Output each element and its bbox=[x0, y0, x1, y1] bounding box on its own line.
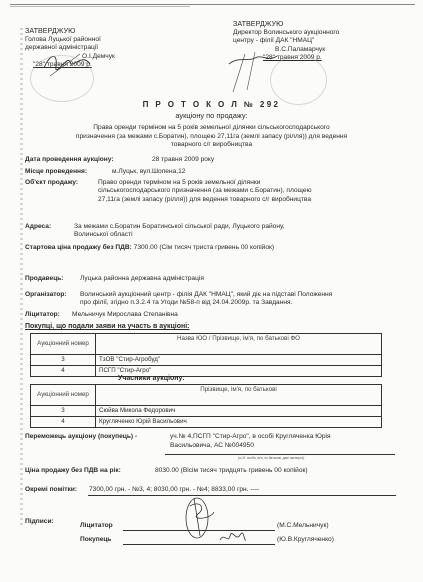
notes-value: 7300,00 грн. - №3, 4; 8030,00 грн. - №4;… bbox=[89, 486, 259, 494]
detail-object: Об'єкт продажу: bbox=[25, 179, 78, 187]
stamp-right-icon bbox=[270, 55, 327, 105]
detail-place-value: м.Луцьк, вул.Шопена,12 bbox=[112, 168, 185, 176]
winner-caption: (п.і.б. особи, ім'я, по батькові, дані п… bbox=[238, 456, 304, 460]
detail-start-price-value: 7300.00 (Сім тисяч триста гривень 00 коп… bbox=[134, 244, 274, 251]
detail-object-label: Об'єкт продажу: bbox=[25, 179, 78, 186]
participant-name: Кругляченко Юрій Васильович bbox=[96, 416, 382, 427]
detail-place-label: Місце проведення: bbox=[25, 168, 87, 175]
applicants-table: Аукціонний номер Назва ЮО / Прізвище, ім… bbox=[30, 333, 382, 377]
detail-date-value: 28 травня 2009 року bbox=[152, 156, 214, 164]
col-name: Назва ЮО / Прізвище, ім'я, по батькові Ф… bbox=[96, 334, 382, 355]
detail-date: Дата проведення аукціону: 28 травня 2009… bbox=[25, 156, 114, 164]
signature-name-auctioneer: (М.С.Мельничук) bbox=[277, 522, 329, 530]
detail-organizer: Організатор: bbox=[25, 291, 67, 299]
approval-right-title: ЗАТВЕРДЖУЮ bbox=[233, 20, 413, 29]
participant-number: 3 bbox=[31, 406, 96, 417]
signature-role-auctioneer: Ліцитатор bbox=[80, 522, 113, 530]
participants-heading: Учасники аукціону: bbox=[118, 375, 185, 384]
applicant-number: 3 bbox=[31, 355, 96, 366]
winner-line: Васильовича, АС №004950 bbox=[170, 442, 331, 451]
applicants-header-row: Аукціонний номер Назва ЮО / Прізвище, ім… bbox=[31, 334, 382, 355]
participant-number: 4 bbox=[31, 416, 96, 427]
notes-label: Окремі помітки: bbox=[25, 486, 77, 493]
signature-role-buyer: Покупець bbox=[80, 536, 112, 544]
protocol-subject-line: товарного с/г виробництва bbox=[30, 141, 393, 150]
stamp-left-icon bbox=[30, 55, 94, 102]
participant-name: Сюйва Микола Федорович bbox=[96, 406, 382, 417]
applicants-heading: Покупці, що подали заяви на участь в аук… bbox=[25, 323, 190, 332]
applicant-name: ТзОВ "Стир-Агробуд" bbox=[96, 355, 382, 366]
approval-right-line1: Директор Волинського аукціонного bbox=[233, 29, 413, 38]
final-price: Ціна продажу без ПДВ на рік: 8030.00 (Ві… bbox=[25, 467, 121, 475]
protocol-subject-line: Права оренди терміном на 5 років земельн… bbox=[30, 124, 393, 133]
table-row: 4 ПСГП "Стир-Агро" bbox=[31, 365, 382, 376]
detail-organizer-label: Організатор: bbox=[25, 291, 67, 298]
approval-left-line1: Голова Луцької районної bbox=[25, 36, 195, 45]
detail-auctioneer-label: Ліцитатор: bbox=[25, 311, 60, 318]
detail-address-value: За межами с.Боратин Боратинської сільськ… bbox=[74, 223, 284, 240]
final-price-value: 8030.00 (Вісім тисяч тридцять гривень 00… bbox=[155, 467, 308, 475]
detail-object-value: Право оренди терміном на 5 років земельн… bbox=[98, 179, 312, 204]
signature-auctioneer-icon bbox=[180, 492, 220, 542]
auction-protocol-page: ЗАТВЕРДЖУЮ Голова Луцької районної держа… bbox=[0, 0, 423, 582]
winner-line: уч.№ 4,ПСГП "Стир-Агро", в особі Кругляч… bbox=[170, 433, 331, 442]
detail-object-line: 27,11га (землі запасу (рілля)) для веден… bbox=[98, 196, 312, 204]
detail-address-line: Волинської області bbox=[74, 231, 284, 239]
detail-object-line: сільськогосподарського призначення (за м… bbox=[98, 187, 312, 195]
col-auction-number: Аукціонний номер bbox=[31, 334, 96, 355]
approval-left-title: ЗАТВЕРДЖУЮ bbox=[25, 27, 195, 36]
detail-place: Місце проведення: м.Луцьк, вул.Шопена,12 bbox=[25, 168, 87, 176]
approval-right-line2: центру - філії ДАК "НМАЦ" bbox=[233, 37, 413, 46]
detail-seller: Продавець: Луцька районна державна адмін… bbox=[25, 275, 64, 283]
detail-seller-label: Продавець: bbox=[25, 275, 64, 282]
signature-line-buyer bbox=[123, 544, 275, 545]
detail-date-label: Дата проведення аукціону: bbox=[25, 156, 114, 163]
applicant-number: 4 bbox=[31, 365, 96, 376]
scan-top-edge-2 bbox=[10, 6, 190, 7]
scan-top-edge bbox=[10, 4, 415, 5]
table-row: 3 Сюйва Микола Федорович bbox=[31, 406, 382, 417]
detail-organizer-line: про філії, згідно п.3.2.4 та Угоди №58-п… bbox=[80, 299, 332, 307]
col-full-name: Прізвище, ім'я, по батькові bbox=[96, 385, 382, 406]
detail-auctioneer: Ліцитатор: Мельничук Мирослава Степанівн… bbox=[25, 311, 60, 319]
protocol-subtitle: аукціону по продажу: bbox=[0, 111, 423, 120]
winner-label: Переможець аукціону (покупець) - bbox=[25, 433, 137, 441]
protocol-title: П Р О Т О К О Л № 292 bbox=[0, 100, 423, 110]
signature-name-buyer: (Ю.В.Кругляченко) bbox=[277, 536, 334, 544]
signatures-label: Підписи: bbox=[25, 518, 54, 526]
winner-value: уч.№ 4,ПСГП "Стир-Агро", в особі Кругляч… bbox=[170, 433, 331, 450]
participants-header-row: Аукціонний номер Прізвище, ім'я, по бать… bbox=[31, 385, 382, 406]
protocol-subject-line: призначення (за межами с.Боратин), площе… bbox=[30, 133, 393, 142]
detail-auctioneer-value: Мельничук Мирослава Степанівна bbox=[72, 311, 178, 319]
final-price-label: Ціна продажу без ПДВ на рік: bbox=[25, 467, 121, 474]
detail-address: Адреса: bbox=[25, 223, 51, 231]
detail-organizer-value: Волинський аукціонний центр - філія ДАК … bbox=[80, 291, 332, 308]
col-auction-number: Аукціонний номер bbox=[31, 385, 96, 406]
detail-start-price-label: Стартова ціна продажу без ПДВ: bbox=[25, 244, 132, 251]
winner-underline bbox=[165, 454, 395, 455]
detail-start-price: Стартова ціна продажу без ПДВ: 7300.00 (… bbox=[25, 244, 274, 252]
signature-buyer-icon bbox=[218, 530, 248, 546]
notes-underline bbox=[88, 495, 396, 496]
protocol-subject: Права оренди терміном на 5 років земельн… bbox=[30, 124, 393, 150]
table-row: 3 ТзОВ "Стир-Агробуд" bbox=[31, 355, 382, 366]
detail-address-label: Адреса: bbox=[25, 223, 51, 230]
table-row: 4 Кругляченко Юрій Васильович bbox=[31, 416, 382, 427]
participants-table: Аукціонний номер Прізвище, ім'я, по бать… bbox=[30, 384, 382, 428]
detail-seller-value: Луцька районна державна адміністрація bbox=[80, 275, 204, 283]
notes: Окремі помітки: 7300,00 грн. - №3, 4; 80… bbox=[25, 486, 77, 494]
